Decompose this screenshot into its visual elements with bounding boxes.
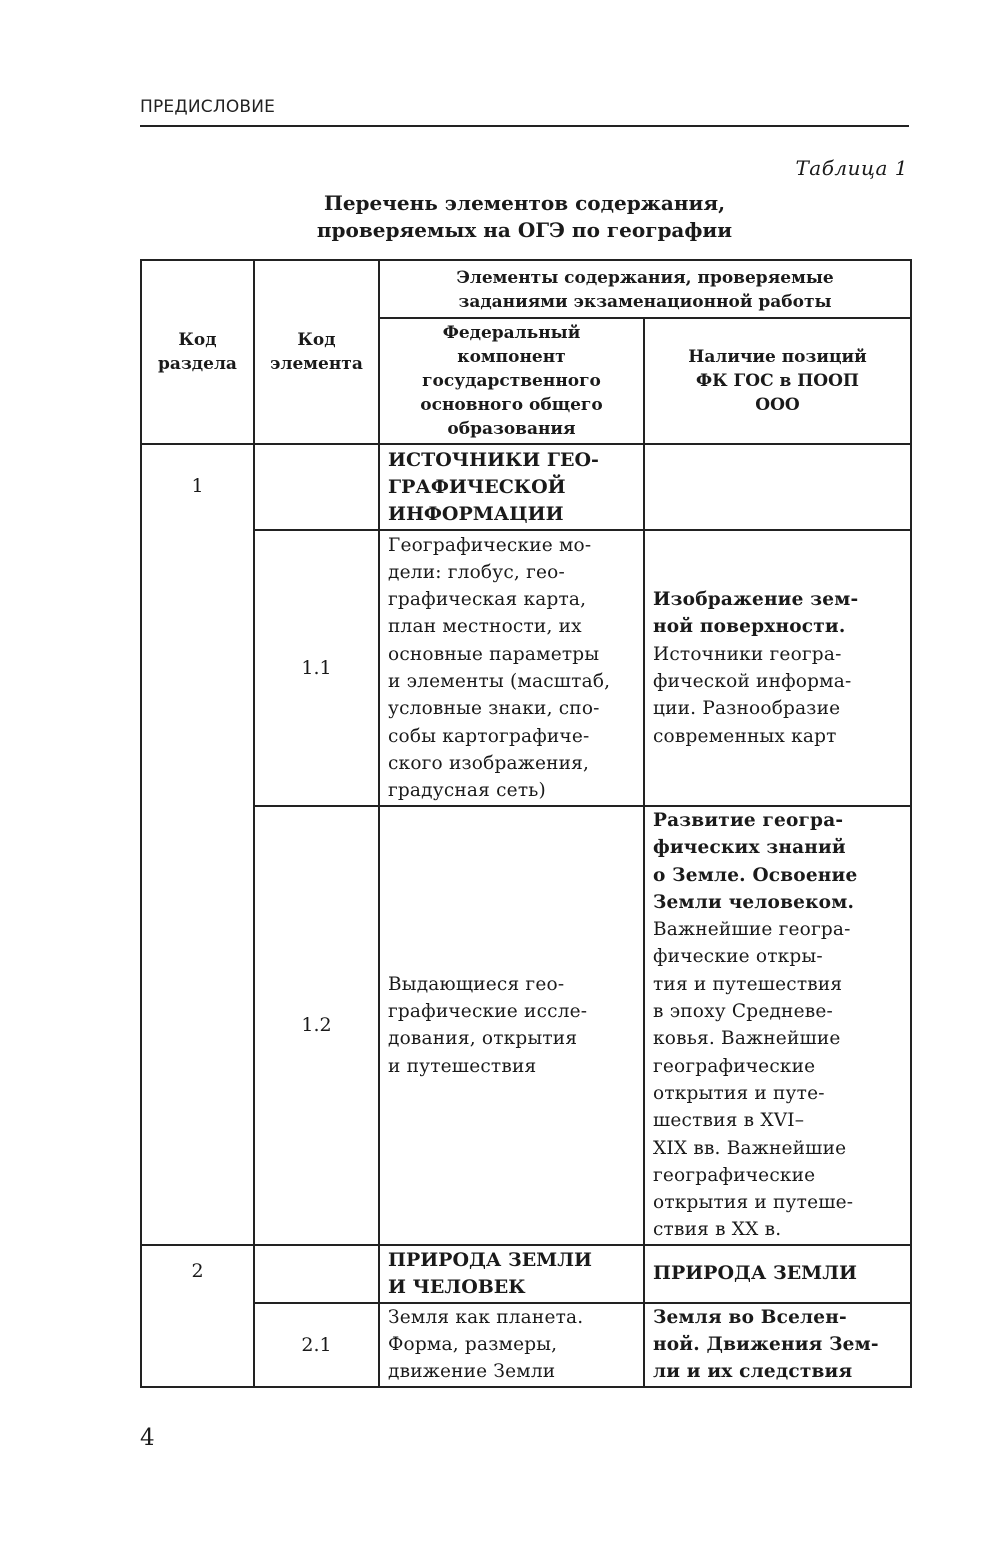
- cell-text-line: ции. Разнообразие: [653, 695, 902, 722]
- header-element-code: Код элемента: [254, 260, 379, 444]
- fk-gos-cell: ИСТОЧНИКИ ГЕО-ГРАФИЧЕСКОЙИНФОРМАЦИИ: [379, 444, 644, 530]
- cell-text-line: географические: [653, 1053, 902, 1080]
- cell-text-line: открытия и путеше-: [653, 1189, 902, 1216]
- cell-text-line: тия и путешествия: [653, 971, 902, 998]
- cell-text-line: ского изображения,: [388, 750, 635, 777]
- cell-text-line: современных карт: [653, 723, 902, 750]
- cell-text-line: Важнейшие геогра-: [653, 916, 902, 943]
- cell-text-line: план местности, их: [388, 613, 635, 640]
- cell-text-line: И ЧЕЛОВЕК: [388, 1274, 635, 1301]
- cell-text-line: градусная сеть): [388, 777, 635, 804]
- page-number: 4: [140, 1425, 155, 1451]
- header-line: ООО: [653, 393, 902, 417]
- running-head: ПРЕДИСЛОВИЕ: [140, 97, 275, 117]
- fk-gos-cell: Земля как планета.Форма, размеры,движени…: [379, 1303, 644, 1387]
- cell-text-line: графические иссле-: [388, 998, 635, 1025]
- cell-text-line: ной. Движения Зем-: [653, 1331, 902, 1358]
- cell-text-line: Развитие геогра-: [653, 807, 902, 834]
- section-code-cell: 2: [141, 1245, 254, 1387]
- poop-cell: ПРИРОДА ЗЕМЛИ: [644, 1245, 911, 1303]
- cell-text-line: открытия и путе-: [653, 1080, 902, 1107]
- poop-cell: Земля во Вселен-ной. Движения Зем-ли и и…: [644, 1303, 911, 1387]
- header-line: заданиями экзаменационной работы: [388, 290, 902, 314]
- poop-cell: Развитие геогра-фических знанийо Земле. …: [644, 806, 911, 1245]
- cell-text-line: Источники геогра-: [653, 641, 902, 668]
- table-title-line: проверяемых на ОГЭ по географии: [140, 217, 909, 244]
- poop-cell: [644, 444, 911, 530]
- cell-text-line: XIX вв. Важнейшие: [653, 1135, 902, 1162]
- element-code-cell: 1.1: [254, 530, 379, 806]
- cell-text-line: географические: [653, 1162, 902, 1189]
- cell-text-line: ли и их следствия: [653, 1358, 902, 1385]
- cell-text-line: в эпоху Средневе-: [653, 998, 902, 1025]
- cell-text-line: фических знаний: [653, 834, 902, 861]
- cell-text-line: ПРИРОДА ЗЕМЛИ: [388, 1247, 635, 1274]
- header-line: ФК ГОС в ПООП: [653, 369, 902, 393]
- header-fk-gos: Федеральный компонент государственного о…: [379, 318, 644, 444]
- table-header-row: Код раздела Код элемента Элементы содерж…: [141, 260, 911, 318]
- cell-text-line: дования, открытия: [388, 1025, 635, 1052]
- cell-text-line: фические откры-: [653, 943, 902, 970]
- cell-text-line: ковья. Важнейшие: [653, 1025, 902, 1052]
- header-line: раздела: [150, 352, 245, 376]
- cell-text-line: основные параметры: [388, 641, 635, 668]
- table-row: 2 ПРИРОДА ЗЕМЛИИ ЧЕЛОВЕК ПРИРОДА ЗЕМЛИ: [141, 1245, 911, 1303]
- cell-text-line: о Земле. Освоение: [653, 862, 902, 889]
- cell-text-line: Выдающиеся гео-: [388, 971, 635, 998]
- cell-text-line: и путешествия: [388, 1053, 635, 1080]
- table-row: 2.1 Земля как планета.Форма, размеры,дви…: [141, 1303, 911, 1387]
- table-title-line: Перечень элементов содержания,: [140, 190, 909, 217]
- cell-text-line: собы картографиче-: [388, 723, 635, 750]
- table-title: Перечень элементов содержания, проверяем…: [140, 190, 909, 244]
- poop-cell: Изображение зем-ной поверхности.Источник…: [644, 530, 911, 806]
- cell-text-line: Земля как планета.: [388, 1304, 635, 1331]
- cell-text-line: Изображение зем-: [653, 586, 902, 613]
- table-row: 1.1 Географические мо-дели: глобус, гео-…: [141, 530, 911, 806]
- cell-text-line: Земля во Вселен-: [653, 1304, 902, 1331]
- cell-text-line: ИНФОРМАЦИИ: [388, 501, 635, 528]
- header-line: Код: [150, 328, 245, 352]
- header-line: Код: [263, 328, 370, 352]
- cell-text-line: Географические мо-: [388, 532, 635, 559]
- header-line: основного общего: [388, 393, 635, 417]
- header-content-group: Элементы содержания, проверяемые задания…: [379, 260, 911, 318]
- fk-gos-cell: Выдающиеся гео-графические иссле-дования…: [379, 806, 644, 1245]
- cell-text-line: ной поверхности.: [653, 613, 902, 640]
- header-line: государственного: [388, 369, 635, 393]
- header-section-code: Код раздела: [141, 260, 254, 444]
- header-line: образования: [388, 417, 635, 441]
- fk-gos-cell: ПРИРОДА ЗЕМЛИИ ЧЕЛОВЕК: [379, 1245, 644, 1303]
- table-label: Таблица 1: [795, 156, 908, 180]
- cell-text-line: графическая карта,: [388, 586, 635, 613]
- header-line: Элементы содержания, проверяемые: [388, 266, 902, 290]
- section-code-cell: 1: [141, 444, 254, 1245]
- header-poop: Наличие позиций ФК ГОС в ПООП ООО: [644, 318, 911, 444]
- element-code-cell: [254, 1245, 379, 1303]
- cell-text-line: дели: глобус, гео-: [388, 559, 635, 586]
- header-line: Федеральный: [388, 321, 635, 345]
- header-line: Наличие позиций: [653, 345, 902, 369]
- cell-text-line: ствия в XX в.: [653, 1216, 902, 1243]
- header-line: элемента: [263, 352, 370, 376]
- cell-text-line: ИСТОЧНИКИ ГЕО-: [388, 447, 635, 474]
- fk-gos-cell: Географические мо-дели: глобус, гео-граф…: [379, 530, 644, 806]
- cell-text-line: фической информа-: [653, 668, 902, 695]
- element-code-cell: [254, 444, 379, 530]
- cell-text-line: шествия в XVI–: [653, 1107, 902, 1134]
- header-line: компонент: [388, 345, 635, 369]
- content-elements-table: Код раздела Код элемента Элементы содерж…: [140, 259, 912, 1388]
- element-code-cell: 1.2: [254, 806, 379, 1245]
- cell-text-line: ГРАФИЧЕСКОЙ: [388, 474, 635, 501]
- cell-text-line: Форма, размеры,: [388, 1331, 635, 1358]
- header-rule: [140, 125, 909, 127]
- cell-text-line: условные знаки, спо-: [388, 695, 635, 722]
- cell-text-line: и элементы (масштаб,: [388, 668, 635, 695]
- element-code-cell: 2.1: [254, 1303, 379, 1387]
- cell-text-line: Земли человеком.: [653, 889, 902, 916]
- table-row: 1.2 Выдающиеся гео-графические иссле-дов…: [141, 806, 911, 1245]
- table-row: 1 ИСТОЧНИКИ ГЕО-ГРАФИЧЕСКОЙИНФОРМАЦИИ: [141, 444, 911, 530]
- cell-text-line: движение Земли: [388, 1358, 635, 1385]
